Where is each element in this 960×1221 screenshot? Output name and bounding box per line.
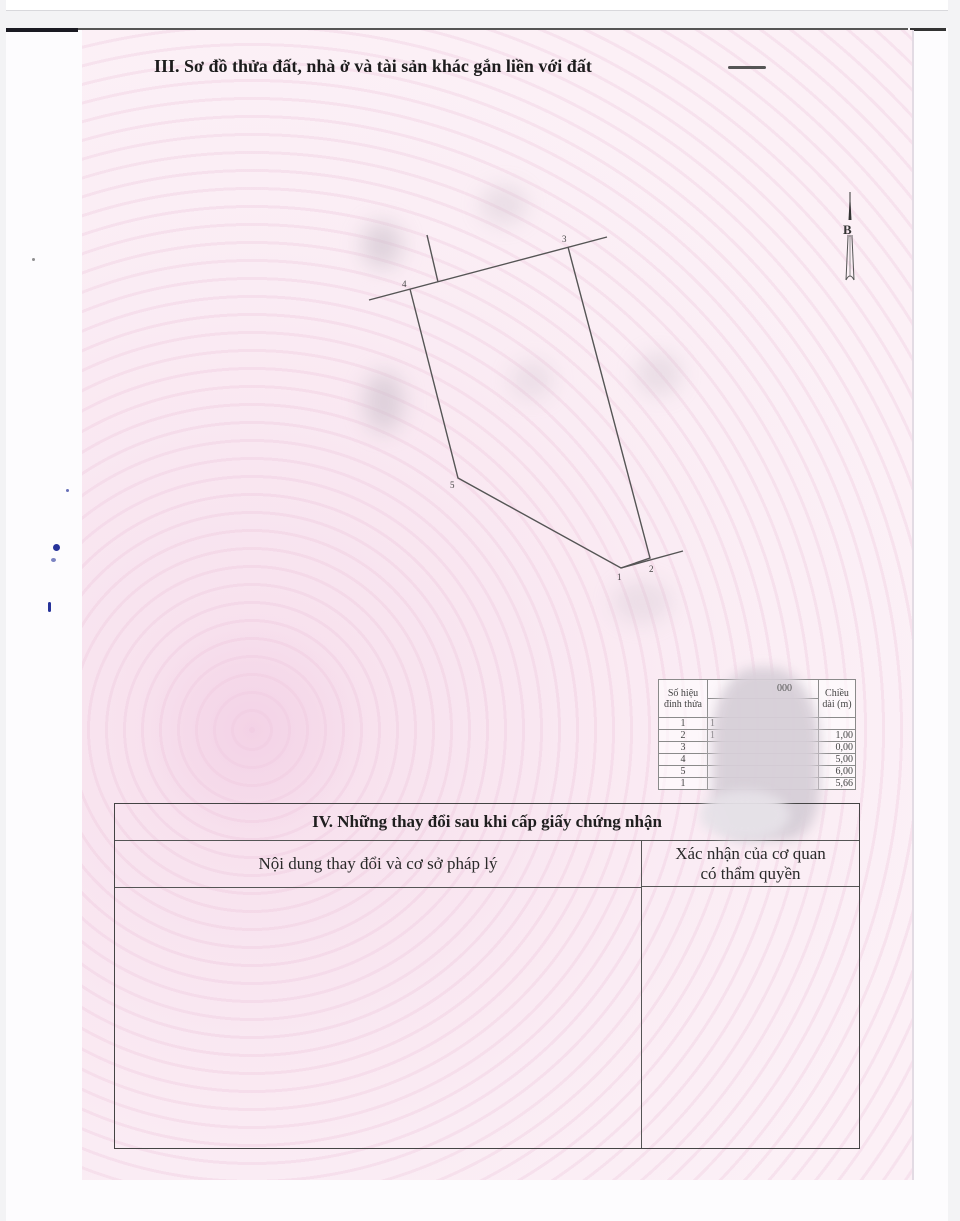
coordinate-header-fragment: 000 (777, 683, 792, 694)
ink-speck (66, 489, 69, 492)
length-cell: 0,00 (819, 742, 856, 754)
authority-confirmation-cell (643, 888, 859, 1148)
authority-header-line2: có thẩm quyền (642, 864, 859, 884)
ink-speck (53, 544, 60, 551)
length-cell: 6,00 (819, 766, 856, 778)
vertex-cell: 5 (659, 766, 708, 778)
column-divider (641, 887, 642, 1148)
length-cell (819, 718, 856, 730)
length-cell: 1,00 (819, 730, 856, 742)
authority-header-line1: Xác nhận của cơ quan (642, 844, 859, 864)
changes-content-header: Nội dung thay đổi và cơ sở pháp lý (115, 841, 641, 888)
redaction-blur (612, 580, 672, 624)
pen-mark (728, 66, 766, 69)
redaction-blur (700, 790, 790, 840)
page-edge-shadow (6, 28, 78, 32)
previous-page-edge (6, 0, 948, 11)
length-cell: 5,00 (819, 754, 856, 766)
vertex-cell: 1 (659, 718, 708, 730)
authority-confirmation-header: Xác nhận của cơ quan có thẩm quyền (641, 841, 859, 887)
vertex-cell: 2 (659, 730, 708, 742)
redaction-blur (364, 372, 404, 432)
changes-table: IV. Những thay đổi sau khi cấp giấy chứn… (114, 803, 860, 1149)
redaction-blur (510, 360, 554, 400)
redaction-blur (636, 352, 682, 396)
redaction-blur (480, 185, 528, 225)
ink-speck (32, 258, 35, 261)
vertex-cell: 3 (659, 742, 708, 754)
page-edge-shadow (910, 28, 946, 31)
header-length: Chiều dài (m) (819, 680, 856, 718)
ink-speck (48, 602, 51, 612)
vertex-cell: 1 (659, 778, 708, 790)
north-label: B (843, 222, 852, 238)
redaction-blur (362, 222, 402, 268)
vertex-cell: 4 (659, 754, 708, 766)
section-iii-title: III. Sơ đồ thửa đất, nhà ở và tài sản kh… (154, 56, 592, 77)
ink-speck (51, 558, 56, 562)
length-cell: 5,66 (819, 778, 856, 790)
header-vertex-id: Số hiệu đỉnh thửa (659, 680, 708, 718)
changes-content-cell (115, 888, 641, 1148)
